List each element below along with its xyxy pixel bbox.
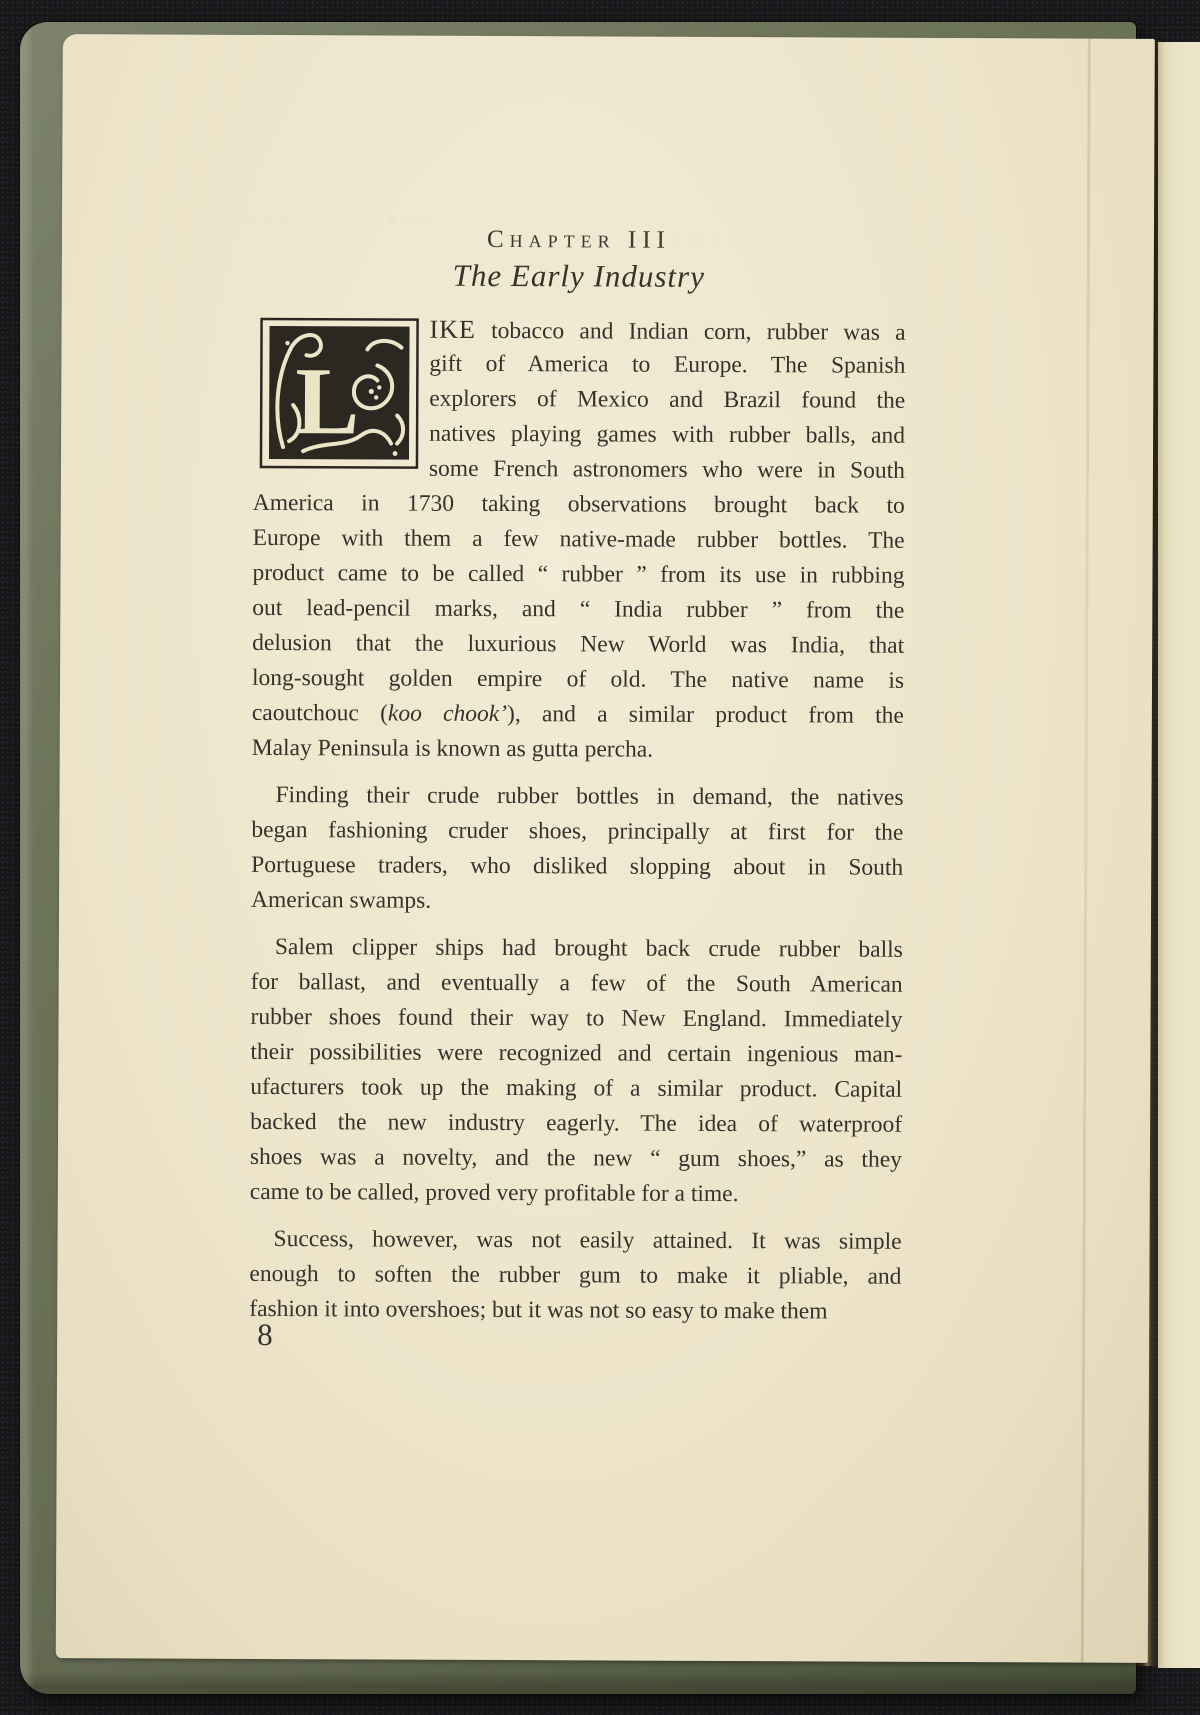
body-line: backed the new industry eagerly. The ide… bbox=[250, 1105, 902, 1143]
body-line: shoes was a novelty, and the new “ gum s… bbox=[250, 1140, 902, 1178]
body-line: for ballast, and eventually a few of the… bbox=[251, 965, 903, 1003]
chapter-title: The Early Industry bbox=[254, 257, 904, 296]
paragraph: Salem clipper ships had brought back cru… bbox=[250, 930, 903, 1213]
body-line: Malay Peninsula is known as gutta percha… bbox=[252, 731, 904, 769]
body-line: America in 1730 taking observations brou… bbox=[253, 486, 905, 524]
body-line: out lead-pencil marks, and “ India rubbe… bbox=[252, 591, 904, 629]
body-line: natives playing games with rubber balls,… bbox=[429, 417, 905, 454]
page-number: 8 bbox=[257, 1317, 273, 1353]
body-line: their possibilities were recognized and … bbox=[250, 1035, 902, 1073]
body-line: ufacturers took up the making of a simil… bbox=[250, 1070, 902, 1108]
body-line: fashion it into overshoes; but it was no… bbox=[249, 1292, 901, 1330]
body-line: explorers of Mexico and Brazil found the bbox=[429, 382, 905, 419]
body-line: product came to be called “ rubber ” fro… bbox=[252, 556, 904, 594]
paragraph: Success, however, was not easily attaine… bbox=[249, 1222, 901, 1330]
body-line: American swamps. bbox=[251, 883, 903, 921]
paragraph: IKE tobacco and Indian corn, rubber was … bbox=[252, 311, 906, 769]
body-line: began fashioning cruder shoes, principal… bbox=[251, 813, 903, 851]
body-line: rubber shoes found their way to New Engl… bbox=[250, 1000, 902, 1038]
body-line: Finding their crude rubber bottles in de… bbox=[251, 778, 903, 816]
book-page: ~ ~ ~ ~ ~ ~ ~ ~ ~ ~ ~ ~ ~ ~ ~ ~ ~ ~ ~ ~ … bbox=[56, 34, 1155, 1663]
body-line: gift of America to Europe. The Spanish bbox=[429, 347, 905, 384]
body-line: enough to soften the rubber gum to make … bbox=[249, 1257, 901, 1295]
body-line: came to be called, proved very profitabl… bbox=[250, 1175, 902, 1213]
body-line: Europe with them a few native-made rubbe… bbox=[253, 521, 905, 559]
body-line: Success, however, was not easily attaine… bbox=[250, 1222, 902, 1260]
body-text: IKE tobacco and Indian corn, rubber was … bbox=[249, 311, 905, 1342]
paragraph: Finding their crude rubber bottles in de… bbox=[251, 778, 904, 921]
body-line: Salem clipper ships had brought back cru… bbox=[251, 930, 903, 968]
body-line: IKE tobacco and Indian corn, rubber was … bbox=[429, 312, 905, 349]
chapter-heading: Chapter III bbox=[254, 225, 904, 256]
photographed-book-scene: ~ ~ ~ ~ ~ ~ ~ ~ ~ ~ ~ ~ ~ ~ ~ ~ ~ ~ ~ ~ … bbox=[0, 0, 1200, 1715]
body-line: Portuguese traders, who disliked sloppin… bbox=[251, 848, 903, 886]
body-line: some French astronomers who were in Sout… bbox=[429, 452, 905, 489]
body-line: delusion that the luxurious New World wa… bbox=[252, 626, 904, 664]
body-line: long-sought golden empire of old. The na… bbox=[252, 661, 904, 699]
facing-page-edge bbox=[1158, 42, 1200, 1668]
body-line: caoutchouc (koo chook’), and a similar p… bbox=[252, 696, 904, 734]
